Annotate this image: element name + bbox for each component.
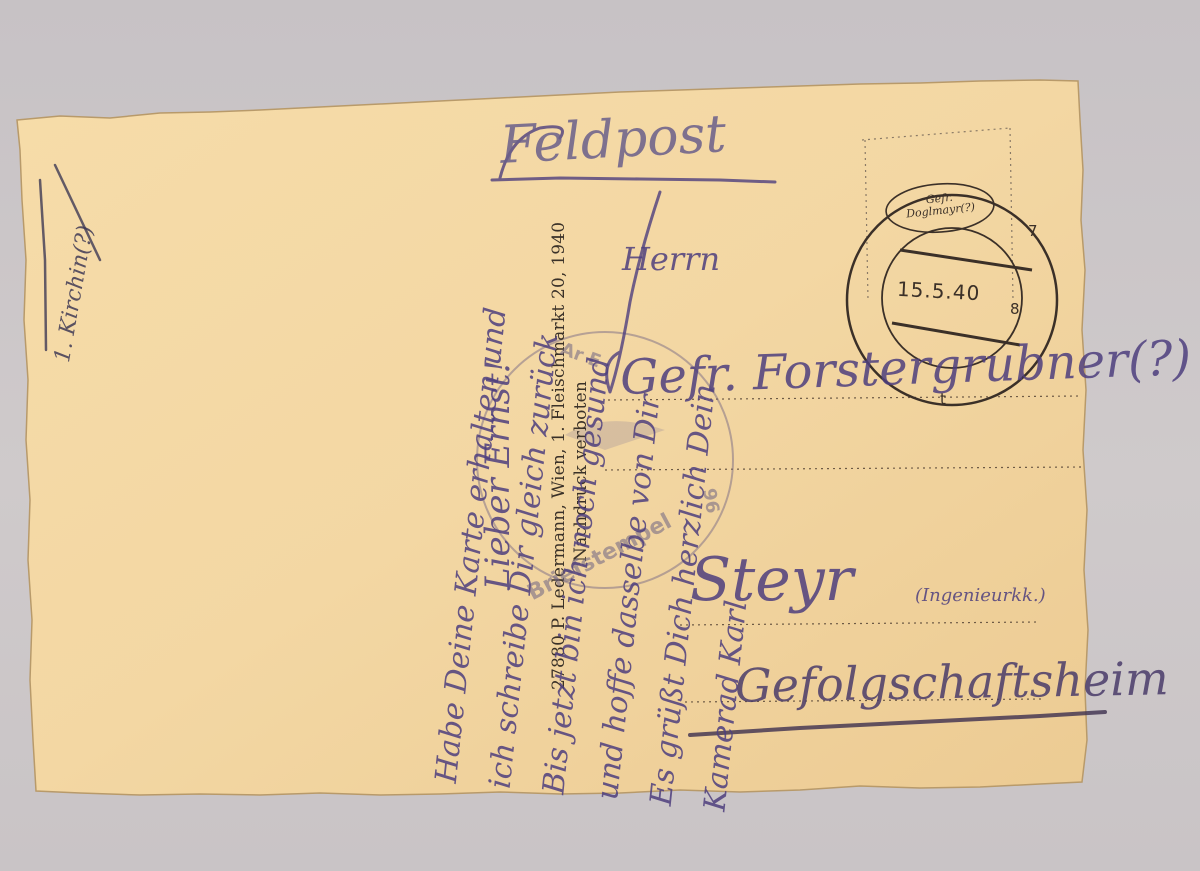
postmark-bottom-mark: t bbox=[940, 390, 946, 408]
postcard: 27880 P. Ledermann, Wien, 1. Fleischmark… bbox=[0, 0, 1200, 871]
postmark-top-number: 7 bbox=[1028, 222, 1038, 240]
postmark-suffix: 8 bbox=[1010, 300, 1020, 318]
postmark-date: 15.5.40 bbox=[896, 277, 980, 305]
address-line-4: Gefolgschaftsheim bbox=[735, 651, 1169, 713]
address-line-3-note: (Ingenieurkk.) bbox=[915, 585, 1046, 606]
